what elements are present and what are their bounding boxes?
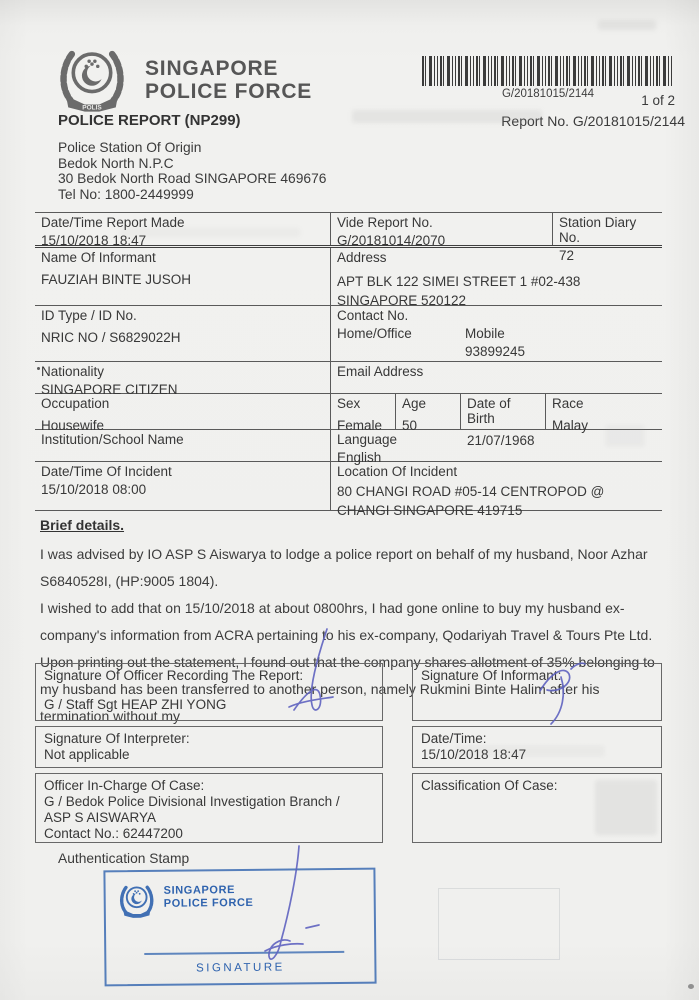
cell-name-of-informant: Name Of Informant FAUZIAH BINTE JUSOH [35,248,330,305]
cell-incident-datetime: Date/Time Of Incident 15/10/2018 08:00 [35,462,330,510]
stamp-signature-line [144,951,344,955]
agency-name-line1: SINGAPORE [145,57,312,80]
cell-race: Race Malay [545,394,662,429]
table-row: Institution/School Name Language English [35,430,662,462]
cell-age: Age 50 [395,394,460,429]
station-name: Bedok North N.P.C [58,156,326,172]
table-row: Nationality SINGAPORE CITIZEN Email Addr… [35,362,662,394]
spf-crest-logo: POLIS [56,42,128,118]
agency-name: SINGAPORE POLICE FORCE [145,57,312,103]
cell-station-diary-no: Station Diary No. 72 [552,213,662,245]
datetime-box: Date/Time: 15/10/2018 18:47 [412,726,662,768]
bleedthrough-ghost-box [438,888,560,960]
table-row: Date/Time Of Incident 15/10/2018 08:00 L… [35,462,662,511]
police-report-document: POLIS SINGAPORE POLICE FORCE G/20181015/… [0,0,699,1000]
station-address: 30 Bedok North Road SINGAPORE 469676 [58,171,326,187]
table-row: ID Type / ID No. NRIC NO / S6829022H Con… [35,306,662,362]
cell-email: Email Address [330,362,662,393]
spf-crest-stamp-icon [118,881,156,921]
classification-box: Classification Of Case: [412,773,662,843]
cell-date-of-birth: Date of Birth 21/07/1968 [460,394,545,429]
svg-text:POLIS: POLIS [82,105,102,112]
cell-language: Language English [330,430,662,461]
informant-signature-box: Signature Of Informant: [412,663,662,721]
cell-incident-location: Location Of Incident 80 CHANGI ROAD #05-… [330,462,662,510]
bleedthrough-artifact [598,20,656,30]
mobile-label: Mobile [465,326,505,341]
cell-sex: Sex Female [330,394,395,429]
officer-signature-box: Signature Of Officer Recording The Repor… [35,663,383,721]
home-office-value [337,344,465,359]
page-indicator: 1 of 2 [540,93,675,108]
table-row: Name Of Informant FAUZIAH BINTE JUSOH Ad… [35,248,662,306]
agency-name-line2: POLICE FORCE [145,80,312,103]
signature-section: Signature Of Officer Recording The Repor… [35,663,662,848]
form-title: POLICE REPORT (NP299) [58,112,241,129]
cell-datetime-report-made: Date/Time Report Made 15/10/2018 18:47 [35,213,330,245]
report-details-table: Date/Time Report Made 15/10/2018 18:47 V… [35,212,662,511]
cell-occupation: Occupation Housewife [35,394,330,429]
authentication-stamp-label: Authentication Stamp [58,851,189,866]
cell-institution: Institution/School Name [35,430,330,461]
interpreter-signature-box: Signature Of Interpreter: Not applicable [35,726,383,768]
cell-vide-report-no: Vide Report No. G/20181014/2070 [330,213,552,245]
authentication-stamp: SINGAPORE POLICE FORCE SIGNATURE [103,868,376,987]
signature-grid-gutter [383,663,412,721]
station-tel: Tel No: 1800-2449999 [58,187,326,203]
station-label: Police Station Of Origin [58,140,326,156]
stamp-agency-name: SINGAPORE POLICE FORCE [164,884,254,911]
cell-id-type-no: ID Type / ID No. NRIC NO / S6829022H [35,306,330,361]
stamp-signature-label: SIGNATURE [106,961,374,976]
signature-grid-gutter [383,773,412,843]
home-office-label: Home/Office [337,326,465,341]
officer-in-charge-box: Officer In-Charge Of Case: G / Bedok Pol… [35,773,383,843]
cell-nationality: Nationality SINGAPORE CITIZEN [35,362,330,393]
report-barcode [422,56,674,86]
table-row: Occupation Housewife Sex Female Age 50 D… [35,394,662,430]
report-number: Report No. G/20181015/2144 [400,113,685,129]
table-row: Date/Time Report Made 15/10/2018 18:47 V… [35,213,662,248]
brief-details-paragraph-1: I was advised by IO ASP S Aiswarya to lo… [40,541,664,595]
signature-grid-gutter [383,726,412,768]
police-station-of-origin: Police Station Of Origin Bedok North N.P… [58,140,326,202]
mobile-value: 93899245 [465,344,525,359]
cell-address: Address APT BLK 122 SIMEI STREET 1 #02-4… [330,248,662,305]
scan-speck [688,984,694,989]
brief-details-heading: Brief details. [40,517,124,533]
cell-contact-no: Contact No. Home/Office Mobile 93899245 [330,306,662,361]
